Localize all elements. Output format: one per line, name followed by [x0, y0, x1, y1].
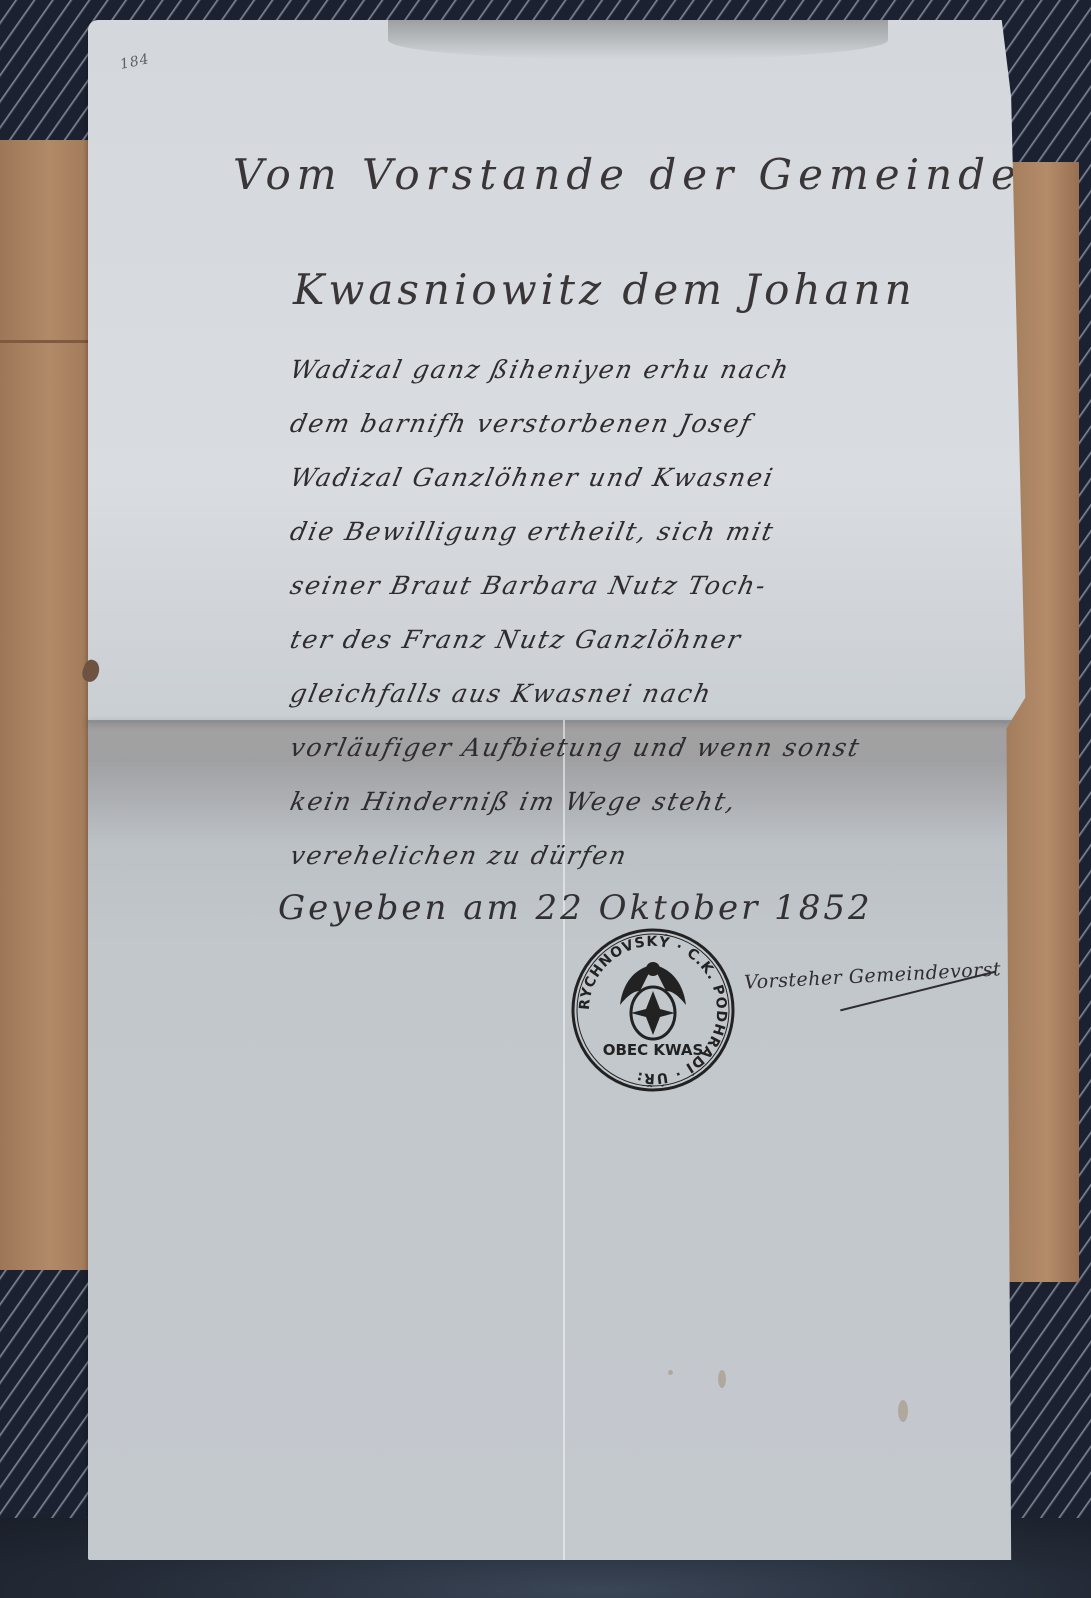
body-line: vorläufiger Aufbietung und wenn sonst [282, 733, 1013, 787]
body-text: Wadizal ganz ßiheniyen erhu nach dem bar… [288, 355, 1008, 895]
stain [898, 1400, 908, 1422]
seal-eagle-icon: RYCHNOVSKÝ · C.K. PODHRADÍ · ÚŘ: OBEC KW… [568, 925, 738, 1095]
official-seal: RYCHNOVSKÝ · C.K. PODHRADÍ · ÚŘ: OBEC KW… [568, 925, 738, 1095]
shadow [388, 20, 888, 60]
header-line-2: Kwasniowitz dem Johann [293, 265, 916, 314]
body-line: ter des Franz Nutz Ganzlöhner [282, 625, 1013, 679]
place-and-date: Geyeben am 22 Oktober 1852 [278, 888, 873, 928]
body-line: verehelichen zu dürfen [282, 841, 1013, 895]
body-line: dem barnifh verstorbenen Josef [282, 409, 1013, 463]
stain [718, 1370, 726, 1388]
body-line: Wadizal Ganzlöhner und Kwasnei [282, 463, 1013, 517]
body-line: gleichfalls aus Kwasnei nach [282, 679, 1013, 733]
archive-number: 184 [119, 51, 151, 73]
body-line: seiner Braut Barbara Nutz Toch- [282, 571, 1013, 625]
body-line: die Bewilligung ertheilt, sich mit [282, 517, 1013, 571]
signature: Vorsteher Gemeindevorst [744, 958, 1002, 993]
header-line-1: Vom Vorstande der Gemeinde [233, 150, 1022, 199]
stain [668, 1370, 673, 1375]
document-sheet: 184 Vom Vorstande der Gemeinde Kwasniowi… [88, 20, 1030, 1560]
seal-inner-text: OBEC KWAS [603, 1041, 704, 1059]
body-line: kein Hinderniß im Wege steht, [282, 787, 1013, 841]
body-line: Wadizal ganz ßiheniyen erhu nach [282, 355, 1013, 409]
